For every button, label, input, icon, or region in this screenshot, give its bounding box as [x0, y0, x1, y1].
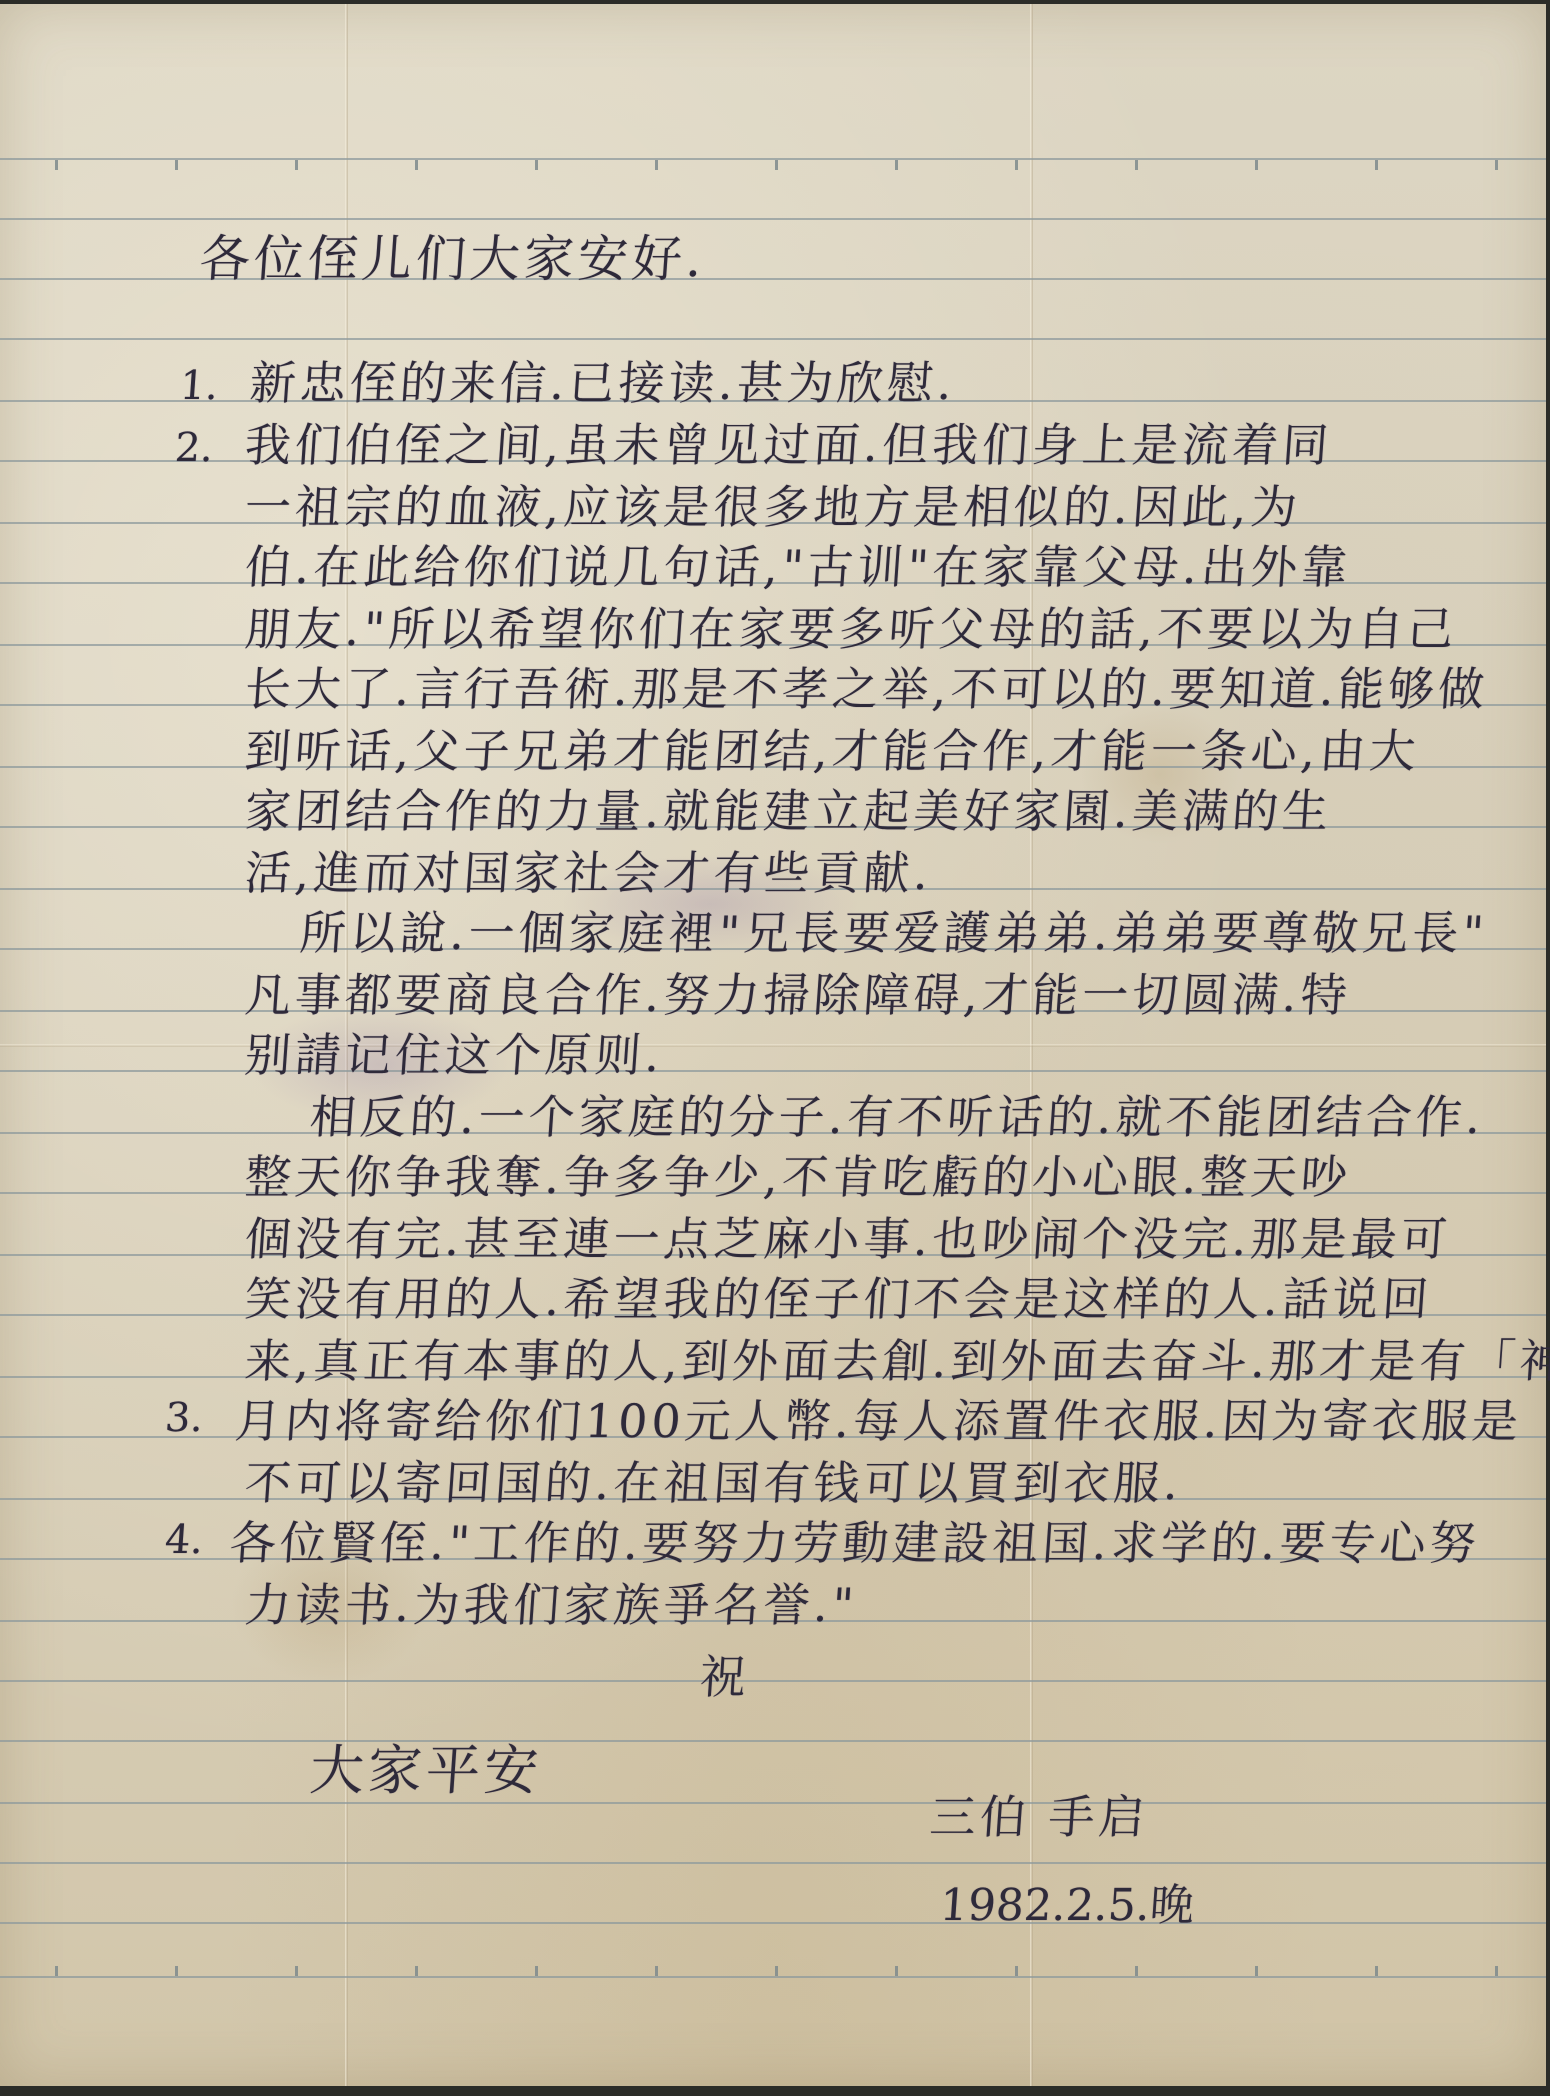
closing-blessing: 大家平安: [308, 1744, 544, 1798]
letter-line: 凡事都要商良合作.努力掃除障碍,才能一切圆满.特: [243, 972, 1352, 1018]
letter-line: 月内将寄给你们100元人幣.每人添置件衣服.因为寄衣服是: [233, 1398, 1523, 1444]
item-number-2: 2.: [174, 428, 215, 468]
ruled-line: [0, 218, 1546, 220]
letter-line: 新忠侄的来信.已接读.甚为欣慰.: [248, 360, 957, 406]
letter-line: 别請记住这个原则.: [243, 1032, 665, 1078]
bottom-margin-rule: [0, 1976, 1546, 1978]
item-number-3: 3.: [164, 1398, 205, 1438]
letter-line: 笑没有用的人.希望我的侄子们不会是这样的人.話说回: [243, 1276, 1433, 1322]
letter-line: 来,真正有本事的人,到外面去創.到外面去奋斗.那才是有「神」.: [243, 1338, 1550, 1384]
ruled-line: [0, 1922, 1546, 1924]
ruled-line: [0, 1802, 1546, 1804]
ruled-line: [0, 1070, 1546, 1072]
paper-fold-horizontal: [0, 1044, 1546, 1047]
letter-line: 伯.在此给你们说几句话,"古训"在家靠父母.出外靠: [243, 544, 1352, 590]
item-number-1: 1.: [179, 366, 220, 406]
bottom-margin-ticks: [0, 1966, 1546, 1976]
item-number-4: 4.: [164, 1520, 205, 1560]
letter-line: 力读书.为我们家族爭名誉.": [243, 1582, 859, 1628]
ruled-line: [0, 1680, 1546, 1682]
letter-line: 相反的.一个家庭的分子.有不听话的.就不能团结合作.: [308, 1094, 1486, 1140]
letter-line: 家团结合作的力量.就能建立起美好家園.美满的生: [243, 788, 1333, 834]
letter-line: 长大了.言行吾術.那是不孝之举,不可以的.要知道.能够做: [243, 666, 1489, 712]
letter-greeting: 各位侄儿们大家安好.: [198, 234, 707, 284]
letter-line: 個没有完.甚至連一点芝麻小事.也吵闹个没完.那是最可: [243, 1216, 1452, 1262]
signature: 三伯 手启: [928, 1794, 1150, 1840]
letter-line: 活,進而对国家社会才有些貢献.: [243, 850, 933, 896]
letter-date: 1982.2.5.晚: [938, 1884, 1195, 1928]
ruled-line: [0, 1740, 1546, 1742]
ruled-line: [0, 338, 1546, 340]
ruled-line: [0, 1862, 1546, 1864]
top-margin-ticks: [0, 160, 1546, 170]
letter-line: 所以說.一個家庭裡"兄長要爱護弟弟.弟弟要尊敬兄長": [298, 910, 1489, 956]
closing-wish: 祝: [698, 1654, 751, 1700]
letter-line: 朋友."所以希望你们在家要多听父母的話,不要以为自己: [243, 606, 1459, 652]
letter-line: 不可以寄回国的.在祖国有钱可以買到衣服.: [243, 1460, 1183, 1506]
letter-paper: 各位侄儿们大家安好. 1. 新忠侄的来信.已接读.甚为欣慰. 2. 我们伯侄之间…: [0, 4, 1546, 2086]
letter-line: 各位賢侄."工作的.要努力劳動建設祖国.求学的.要专心努: [228, 1520, 1481, 1566]
letter-line: 整天你争我奪.争多争少,不肯吃虧的小心眼.整天吵: [243, 1154, 1352, 1200]
letter-line: 一祖宗的血液,应该是很多地方是相似的.因此,为: [243, 484, 1302, 530]
letter-line: 我们伯侄之间,虽未曾见过面.但我们身上是流着同: [243, 422, 1333, 468]
letter-line: 到听话,父子兄弟才能团结,才能合作,才能一条心,由大: [243, 728, 1421, 774]
